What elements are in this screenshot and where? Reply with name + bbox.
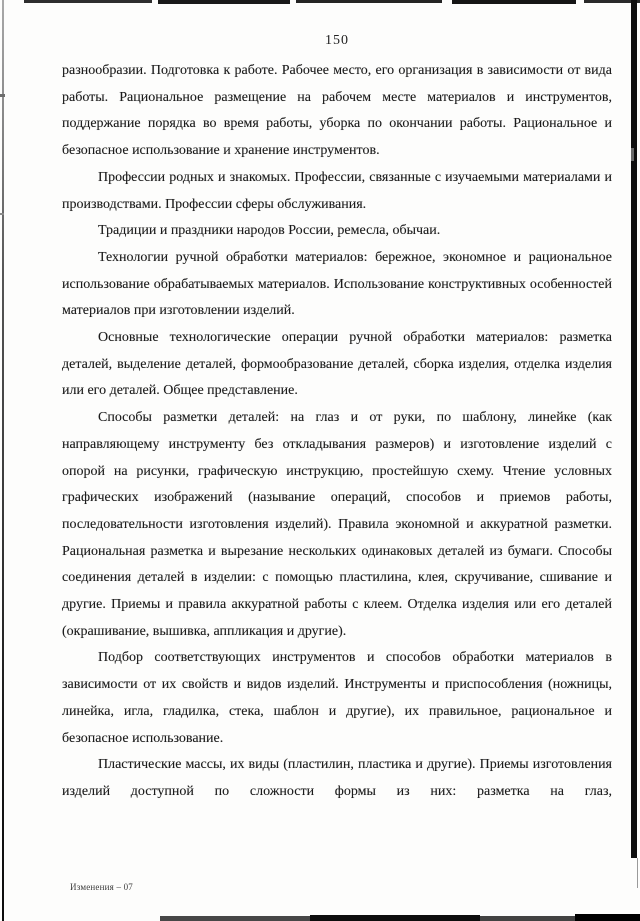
document-body: разнообразии. Подготовка к работе. Рабоч… — [62, 58, 612, 806]
page-number: 150 — [62, 33, 612, 49]
scan-artifact-bottom-edge — [575, 914, 640, 921]
scan-artifact-left-edge — [2, 0, 4, 921]
scan-artifact-top-edge — [296, 0, 442, 3]
scan-artifact-bottom-edge — [480, 916, 575, 921]
paragraph-hand-processing-technologies: Технологии ручной обработки материалов: … — [62, 245, 612, 325]
scan-artifact-left-tick — [0, 94, 5, 97]
paragraph-tool-selection: Подбор соответствующих инструментов и сп… — [62, 645, 612, 752]
scanned-document-page: 150 разнообразии. Подготовка к работе. Р… — [0, 0, 640, 921]
scan-artifact-bottom-edge — [160, 916, 310, 921]
paragraph-continuation-workplace: разнообразии. Подготовка к работе. Рабоч… — [62, 58, 612, 165]
paragraph-plastic-materials: Пластические массы, их виды (пластилин, … — [62, 752, 612, 805]
paragraph-traditions: Традиции и праздники народов России, рем… — [62, 218, 612, 245]
scan-artifact-bottom-edge — [310, 915, 480, 921]
paragraph-marking-methods: Способы разметки деталей: на глаз и от р… — [62, 405, 612, 645]
scan-artifact-top-edge — [584, 0, 640, 3]
paragraph-professions: Профессии родных и знакомых. Профессии, … — [62, 165, 612, 218]
scan-artifact-right-edge — [631, 0, 637, 858]
scan-artifact-right-edge-notch — [631, 148, 634, 161]
scan-artifact-top-edge — [452, 0, 576, 4]
scan-artifact-top-edge — [24, 0, 152, 3]
footer-revision-note: Изменения – 07 — [70, 882, 133, 892]
scan-artifact-left-tick — [0, 213, 4, 215]
scan-artifact-right-thin-line — [637, 858, 638, 888]
paragraph-basic-operations: Основные технологические операции ручной… — [62, 325, 612, 405]
scan-artifact-top-edge — [158, 0, 290, 4]
